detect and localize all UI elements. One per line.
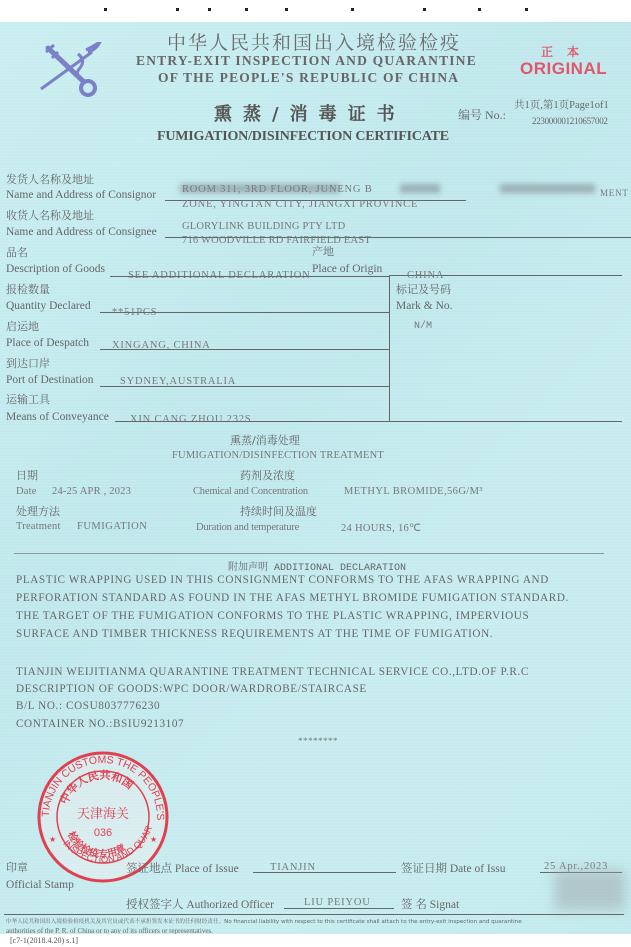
declaration-extra-line: TIANJIN WEIJITIANMA QUARANTINE TREATMENT…	[16, 666, 529, 678]
field-rule	[100, 312, 389, 313]
authority-title-en-1: ENTRY-EXIT INSPECTION AND QUARANTINE	[136, 53, 477, 69]
authorized-officer-label: 授权签字人 Authorized Officer	[126, 896, 274, 912]
scan-bottom-margin	[0, 934, 631, 947]
duration-label-cn: 持续时间及温度	[240, 503, 317, 519]
consignor-label-en: Name and Address of Consignor	[6, 189, 156, 201]
declaration-line: SURFACE AND TIMBER THICKNESS REQUIREMENT…	[16, 628, 493, 640]
declaration-extra-line: CONTAINER NO.:BSIU9213107	[16, 718, 184, 730]
signature-label: 签 名 Signat	[401, 896, 459, 912]
field-rule	[100, 349, 389, 350]
origin-label-cn: 产地	[312, 243, 334, 259]
marks-box-border	[389, 421, 622, 422]
date-of-issue-label: 签证日期 Date of Issu	[401, 860, 505, 876]
svg-text:★: ★	[49, 835, 56, 844]
declaration-line: PERFORATION STANDARD AS FOUND IN THE AFA…	[16, 592, 569, 604]
quantity-label-cn: 报检数量	[6, 281, 50, 297]
consignor-address-tail: MENT	[600, 188, 629, 198]
authority-title-en-2: OF THE PEOPLE'S REPUBLIC OF CHINA	[158, 70, 459, 86]
declaration-extra-line: DESCRIPTION OF GOODS:WPC DOOR/WARDROBE/S…	[16, 683, 367, 695]
signature-redaction	[555, 870, 625, 910]
certificate-number: 2230000012106570​02	[532, 116, 608, 126]
redaction-blur	[180, 184, 340, 193]
original-cn: 正本	[541, 43, 593, 60]
conveyance-label-en: Means of Conveyance	[6, 411, 109, 423]
destination-label-en: Port of Destination	[6, 374, 94, 386]
chemical-label: Chemical and Concentration	[193, 486, 308, 497]
page-info: 共1页,第1页Page1of1	[514, 97, 609, 112]
marks-label-en: Mark & No.	[396, 300, 453, 312]
marks-label-cn: 标记及号码	[396, 281, 451, 297]
treatment-title-en: FUMIGATION/DISINFECTION TREATMENT	[172, 450, 384, 461]
svg-text:036: 036	[94, 827, 112, 839]
field-rule	[115, 421, 389, 422]
field-rule	[253, 872, 396, 873]
date-value: 24-25 APR , 2023	[52, 486, 131, 497]
method-value: FUMIGATION	[77, 521, 147, 532]
authority-title-cn: 中华人民共和国出入境检验检疫	[167, 28, 461, 55]
ciq-logo-icon	[38, 42, 102, 98]
declaration-extra-line: B/L NO.: COSU8037776230	[16, 700, 160, 712]
method-label: Treatment	[16, 521, 61, 532]
date-label: Date	[16, 486, 37, 497]
treatment-title-cn: 熏蒸/消毒处理	[230, 432, 300, 448]
declaration-terminator: ********	[298, 736, 338, 746]
certificate-title-en: FUMIGATION/DISINFECTION CERTIFICATE	[157, 129, 449, 145]
chemical-label-cn: 药剂及浓度	[240, 467, 295, 483]
goods-label-cn: 品名	[6, 244, 28, 260]
consignor-label-cn: 发货人名称及地址	[6, 171, 94, 187]
date-label-cn: 日期	[16, 467, 38, 483]
original-badge: ORIGINAL	[520, 59, 607, 79]
svg-text:★: ★	[150, 835, 157, 844]
consignee-label-cn: 收货人名称及地址	[6, 207, 94, 223]
quantity-label-en: Quantity Declared	[6, 300, 91, 312]
conveyance-label-cn: 运输工具	[6, 391, 50, 407]
marks-value: N/M	[414, 321, 432, 332]
consignee-name: GLORYLINK BUILDING PTY LTD	[182, 221, 345, 232]
consignee-address: 716 WOODVILLE RD FAIRFIELD EAST	[182, 235, 371, 246]
method-label-cn: 处理方法	[16, 503, 60, 519]
svg-text:天津海关: 天津海关	[77, 806, 129, 822]
declaration-line: THE TARGET OF THE FUMIGATION CONFORMS TO…	[16, 610, 529, 622]
duration-label: Duration and temperature	[196, 522, 299, 533]
form-code: [c7-1(2018.4.20) s.1]	[10, 936, 78, 945]
despatch-label-en: Place of Despatch	[6, 337, 89, 349]
field-rule	[110, 276, 390, 277]
footer-rule	[4, 914, 624, 915]
origin-value: CHINA	[407, 270, 444, 281]
goods-label-en: Description of Goods	[6, 263, 105, 275]
place-of-issue-label: 签证地点 Place of Issue	[126, 860, 239, 876]
duration-value: 24 HOURS, 16℃	[341, 522, 421, 534]
consignee-label-en: Name and Address of Consignee	[6, 226, 157, 238]
origin-label-en: Place of Origin	[312, 263, 382, 275]
marks-box-border	[389, 275, 390, 421]
redaction-blur	[400, 184, 440, 193]
scan-top-margin	[0, 0, 631, 22]
field-rule	[100, 386, 389, 387]
redaction-blur	[500, 184, 595, 193]
despatch-label-cn: 启运地	[6, 318, 39, 334]
section-divider	[14, 553, 604, 554]
conveyance-value: XIN CANG ZHOU 232S	[130, 414, 251, 425]
certificate-title-cn: 熏蒸/消毒证书	[214, 100, 406, 126]
stamp-label-cn: 印章	[6, 859, 28, 875]
disclaimer-line-1: 中华人民共和国出入境检验检疫机关及其官员或代表不承担签发本证书的任何财经责任。N…	[6, 917, 522, 925]
declaration-line: PLASTIC WRAPPING USED IN THIS CONSIGNMEN…	[16, 574, 549, 586]
consignor-address-line2: ZONE, YINGTAN CITY, JIANGXI PROVINCE	[182, 199, 418, 210]
authorized-officer-value: LIU PEIYOU	[304, 897, 371, 908]
chemical-value: METHYL BROMIDE,56G/M³	[344, 486, 483, 497]
field-rule	[284, 908, 394, 909]
certificate-number-label: 编号 No.:	[458, 106, 506, 123]
declaration-title: 附加声明 ADDITIONAL DECLARATION	[228, 558, 406, 574]
destination-label-cn: 到达口岸	[6, 355, 50, 371]
stamp-label-en: Official Stamp	[6, 879, 74, 891]
